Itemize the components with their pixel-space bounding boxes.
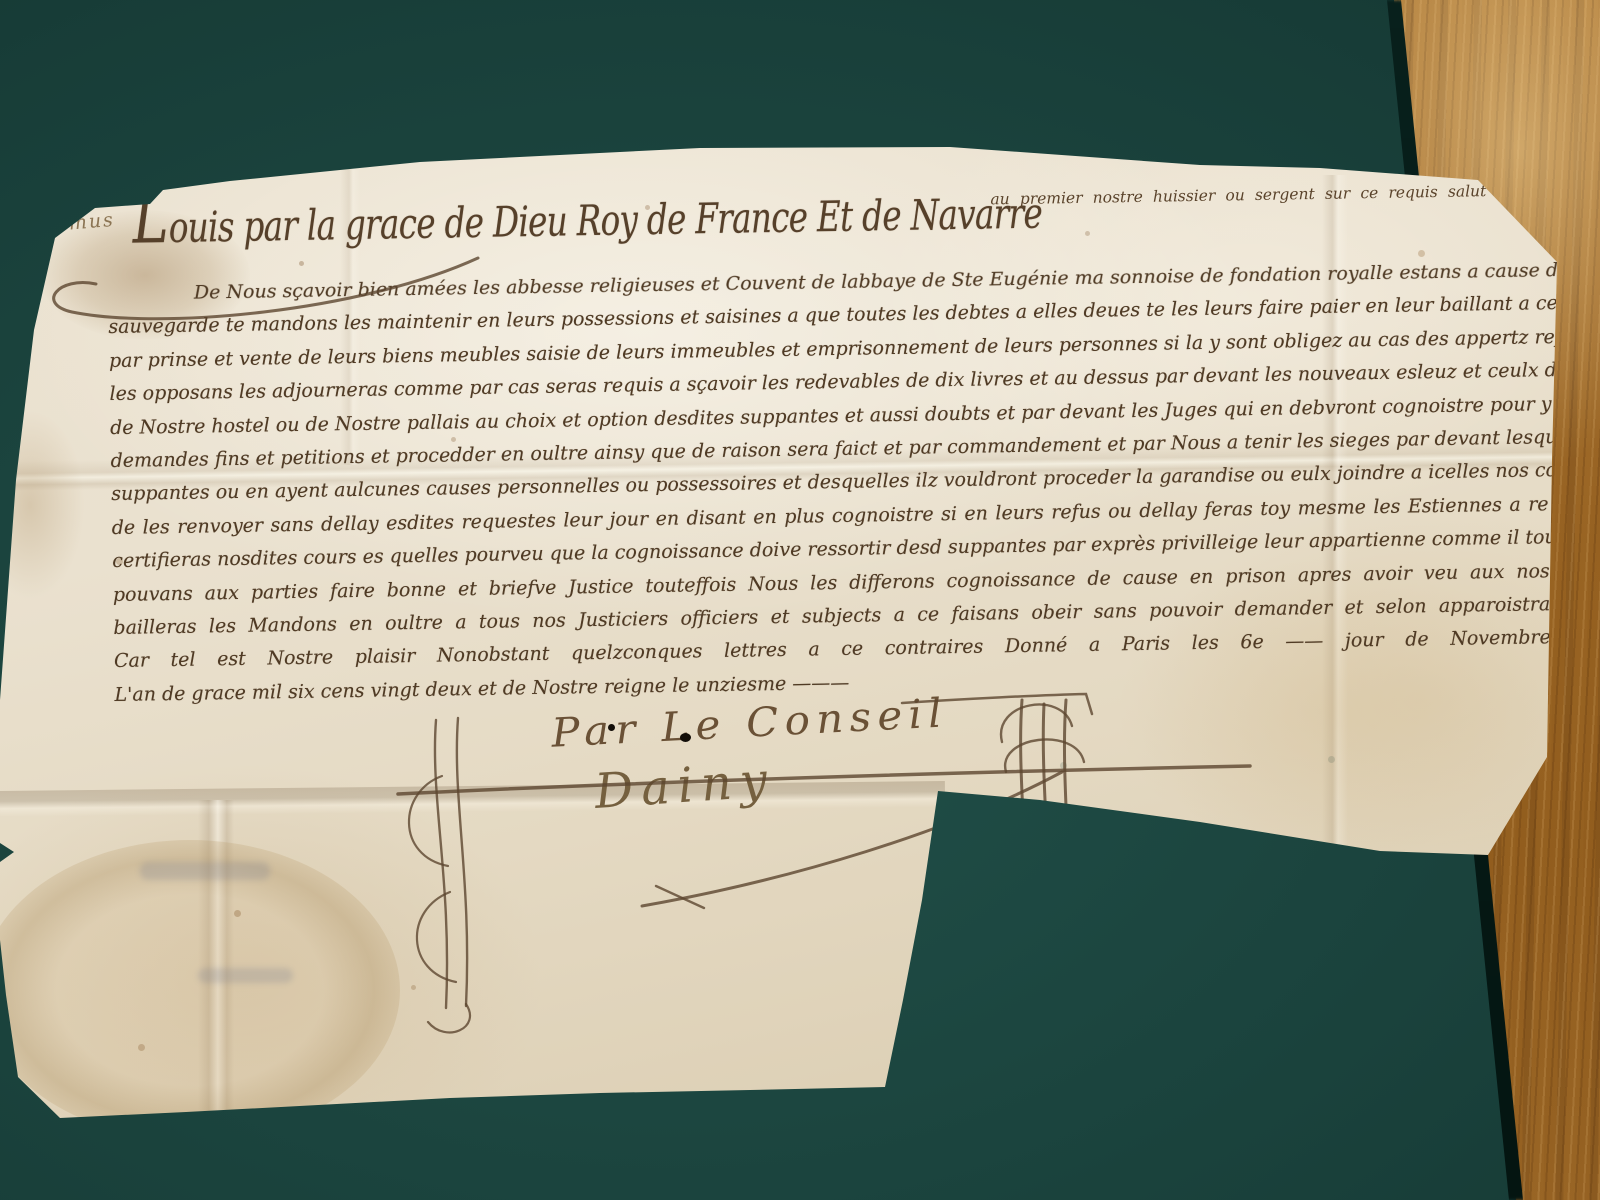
foxing-spots	[0, 0, 3, 3]
royal-intitulation-heading: Louis par la grace de Dieu Roy de France…	[132, 165, 1042, 260]
photo-of-royal-manuscript: …fi mus Louis par la grace de Dieu Roy d…	[0, 0, 1600, 1200]
parchment-document: …fi mus Louis par la grace de Dieu Roy d…	[0, 0, 1600, 1200]
signature-tail	[1068, 902, 1192, 976]
handwriting-layer: …fi mus Louis par la grace de Dieu Roy d…	[0, 0, 1600, 1200]
heading-continuation: au premier nostre huissier ou sergent su…	[990, 182, 1542, 209]
secretary-signature: Dainy	[593, 752, 777, 820]
manuscript-body: De Nous sçavoir bien amées les abbesse r…	[0, 0, 1595, 2]
signature-curl	[1092, 850, 1121, 918]
docket-note: …fi mus	[22, 209, 116, 239]
ink-blot	[608, 724, 615, 731]
ink-hole	[680, 733, 691, 742]
